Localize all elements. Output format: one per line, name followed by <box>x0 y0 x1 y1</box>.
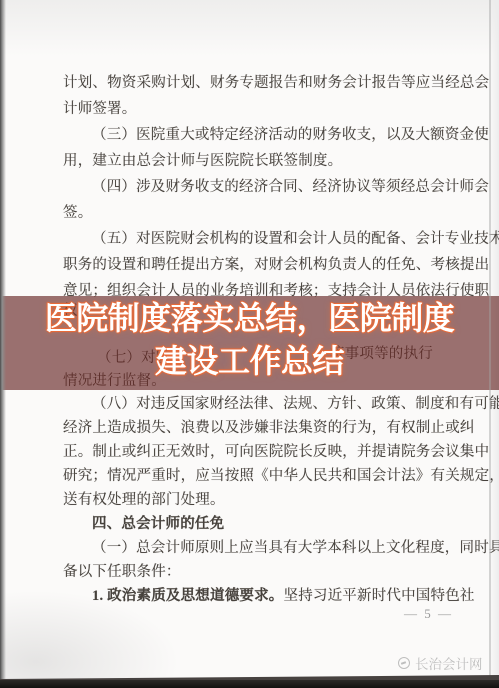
page-number: — 5 — <box>404 606 453 622</box>
document-line: 经济上造成损失、浪费以及涉嫌非法集资的行为，有权制止或纠 <box>63 416 465 440</box>
document-line-text: 送有权处理的部门处理。 <box>63 492 225 508</box>
document-line: （八）对违反国家财经法律、法规、方针、政策、制度和有可能在 <box>63 392 465 416</box>
document-line-text: （三）医院重大或特定经济活动的财务收支，以及大额资金使 <box>92 127 489 143</box>
site-watermark: 长治会计网 <box>398 653 483 673</box>
scanned-document-photo: 计划、物资采购计划、财务专题报告和财务会计报告等应当经总会计师签署。（三）医院重… <box>0 0 499 688</box>
document-line: 正。制止或纠正无效时，可向医院院长反映，并提请院务会议集中 <box>63 440 465 464</box>
logo-circle-icon <box>398 657 410 669</box>
title-overlay-band: 医院制度落实总结，医院制度 建设工作总结 <box>0 296 499 390</box>
document-line-text: （四）涉及财务收支的经济合同、经济协议等须经总会计师会 <box>92 179 489 195</box>
photo-left-edge <box>0 0 6 688</box>
document-line: 1. 政治素质及思想道德要求。坚持习近平新时代中国特色社 <box>63 584 465 608</box>
document-line-bold-text: 1. 政治素质及思想道德要求。 <box>92 588 284 604</box>
article-title-line-2: 建设工作总结 <box>0 340 499 383</box>
document-line: 计划、物资采购计划、财务专题报告和财务会计报告等应当经总会 <box>63 70 465 96</box>
document-line: 研究；情况严重时，应当按照《中华人民共和国会计法》有关规定，移 <box>63 464 465 488</box>
document-line-text: 经济上造成损失、浪费以及涉嫌非法集资的行为，有权制止或纠 <box>63 420 475 436</box>
paper-shading-top <box>0 0 499 56</box>
document-text-block-bottom: （八）对违反国家财经法律、法规、方针、政策、制度和有可能在经济上造成损失、浪费以… <box>63 392 465 608</box>
document-line-text: 用，建立由总会计师与医院院长联签制度。 <box>63 153 342 169</box>
document-line: 职务的设置和聘任提出方案，对财会机构负责人的任免、考核提出 <box>63 252 465 278</box>
photo-bottom-bar <box>0 680 499 688</box>
document-line: （三）医院重大或特定经济活动的财务收支，以及大额资金使 <box>63 122 465 148</box>
document-line-text: 计师签署。 <box>63 101 137 117</box>
document-line: 备以下任职条件： <box>63 560 465 584</box>
document-line-text: 坚持习近平新时代中国特色社 <box>284 588 475 604</box>
document-line-text: （八）对违反国家财经法律、法规、方针、政策、制度和有可能在 <box>92 396 499 412</box>
document-line-text: 研究；情况严重时，应当按照《中华人民共和国会计法》有关规定，移 <box>63 468 499 484</box>
document-line-text: 计划、物资采购计划、财务专题报告和财务会计报告等应当经总会 <box>63 75 489 91</box>
document-line: （五）对医院财会机构的设置和会计人员的配备、会计专业技术 <box>63 226 465 252</box>
article-title: 医院制度落实总结，医院制度 建设工作总结 <box>0 297 499 383</box>
document-line-text: （一）总会计师原则上应当具有大学本科以上文化程度，同时具 <box>92 540 499 556</box>
document-line: （一）总会计师原则上应当具有大学本科以上文化程度，同时具 <box>63 536 465 560</box>
document-line-bold-text: 四、总会计师的任免 <box>92 516 224 532</box>
document-line: 签。 <box>63 200 465 226</box>
document-text-block-top: 计划、物资采购计划、财务专题报告和财务会计报告等应当经总会计师签署。（三）医院重… <box>63 70 465 304</box>
document-line-text: 签。 <box>63 205 92 221</box>
document-line: （四）涉及财务收支的经济合同、经济协议等须经总会计师会 <box>63 174 465 200</box>
document-line-text: （五）对医院财会机构的设置和会计人员的配备、会计专业技术 <box>92 231 499 247</box>
document-line-text: 备以下任职条件： <box>63 564 181 580</box>
document-line: 用，建立由总会计师与医院院长联签制度。 <box>63 148 465 174</box>
article-title-line-1: 医院制度落实总结，医院制度 <box>0 297 499 340</box>
document-line: 计师签署。 <box>63 96 465 122</box>
watermark-text: 长治会计网 <box>415 653 483 673</box>
document-line: 四、总会计师的任免 <box>63 512 465 536</box>
document-line-text: 正。制止或纠正无效时，可向医院院长反映，并提请院务会议集中 <box>63 444 489 460</box>
document-line: 送有权处理的部门处理。 <box>63 488 465 512</box>
document-page: 计划、物资采购计划、财务专题报告和财务会计报告等应当经总会计师签署。（三）医院重… <box>0 0 499 688</box>
document-line-text: 职务的设置和聘任提出方案，对财会机构负责人的任免、考核提出 <box>63 257 489 273</box>
photo-right-edge-line <box>489 0 491 678</box>
